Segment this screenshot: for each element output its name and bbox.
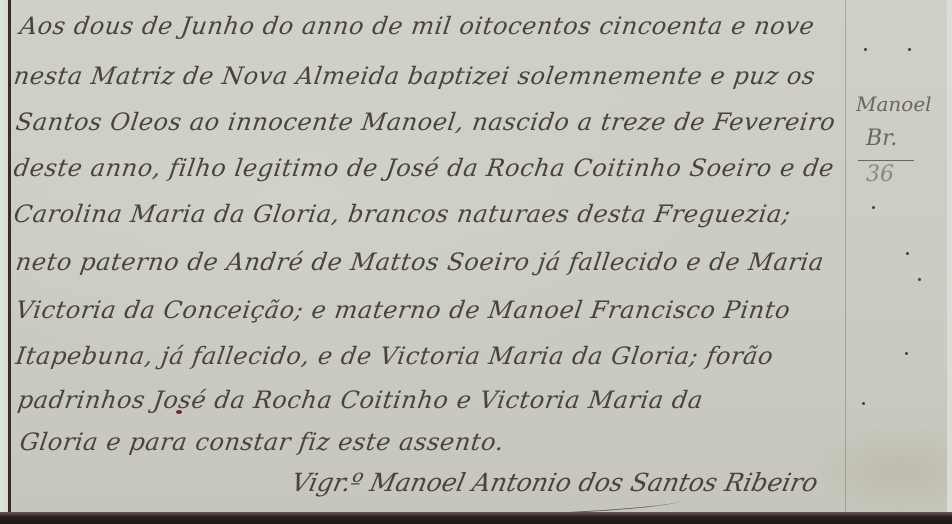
margin-dot <box>905 352 908 355</box>
text-line-4: deste anno, filho legitimo de José da Ro… <box>12 154 836 182</box>
margin-name: Manoel <box>856 92 932 116</box>
page-right-edge <box>947 0 952 516</box>
binding-spine-line <box>8 0 11 524</box>
ink-blot <box>176 410 182 414</box>
margin-dot <box>872 206 875 209</box>
page-left-edge <box>0 0 8 524</box>
text-line-1: Aos dous de Junho do anno de mil oitocen… <box>18 12 816 40</box>
text-line-8: Itapebuna, já fallecido, e de Victoria M… <box>14 342 775 370</box>
margin-dot <box>918 278 921 281</box>
priest-signature: Vigr.º Manoel Antonio dos Santos Ribeiro <box>289 468 821 497</box>
text-line-7: Victoria da Conceição; e materno de Mano… <box>14 296 792 324</box>
text-line-2: nesta Matriz de Nova Almeida baptizei so… <box>12 62 817 90</box>
margin-dot <box>862 402 865 405</box>
margin-abbreviation: Br. <box>866 126 897 151</box>
margin-dot <box>906 252 909 255</box>
text-line-5: Carolina Maria da Gloria, brancos natura… <box>12 200 793 228</box>
margin-fraction-bar <box>858 160 914 161</box>
text-line-3: Santos Oleos ao innocente Manoel, nascid… <box>14 108 837 136</box>
margin-dot <box>908 48 911 51</box>
margin-rule-line <box>845 0 846 516</box>
text-line-6: neto paterno de André de Mattos Soeiro j… <box>14 248 826 276</box>
margin-entry-number: 36 <box>866 162 894 187</box>
text-line-10: Gloria e para constar fiz este assento. <box>18 428 506 456</box>
text-line-9: padrinhos José da Rocha Coitinho e Victo… <box>16 386 705 414</box>
manuscript-page: Aos dous de Junho do anno de mil oitocen… <box>0 0 952 516</box>
margin-dot <box>864 48 867 51</box>
page-bottom-edge <box>0 512 952 524</box>
